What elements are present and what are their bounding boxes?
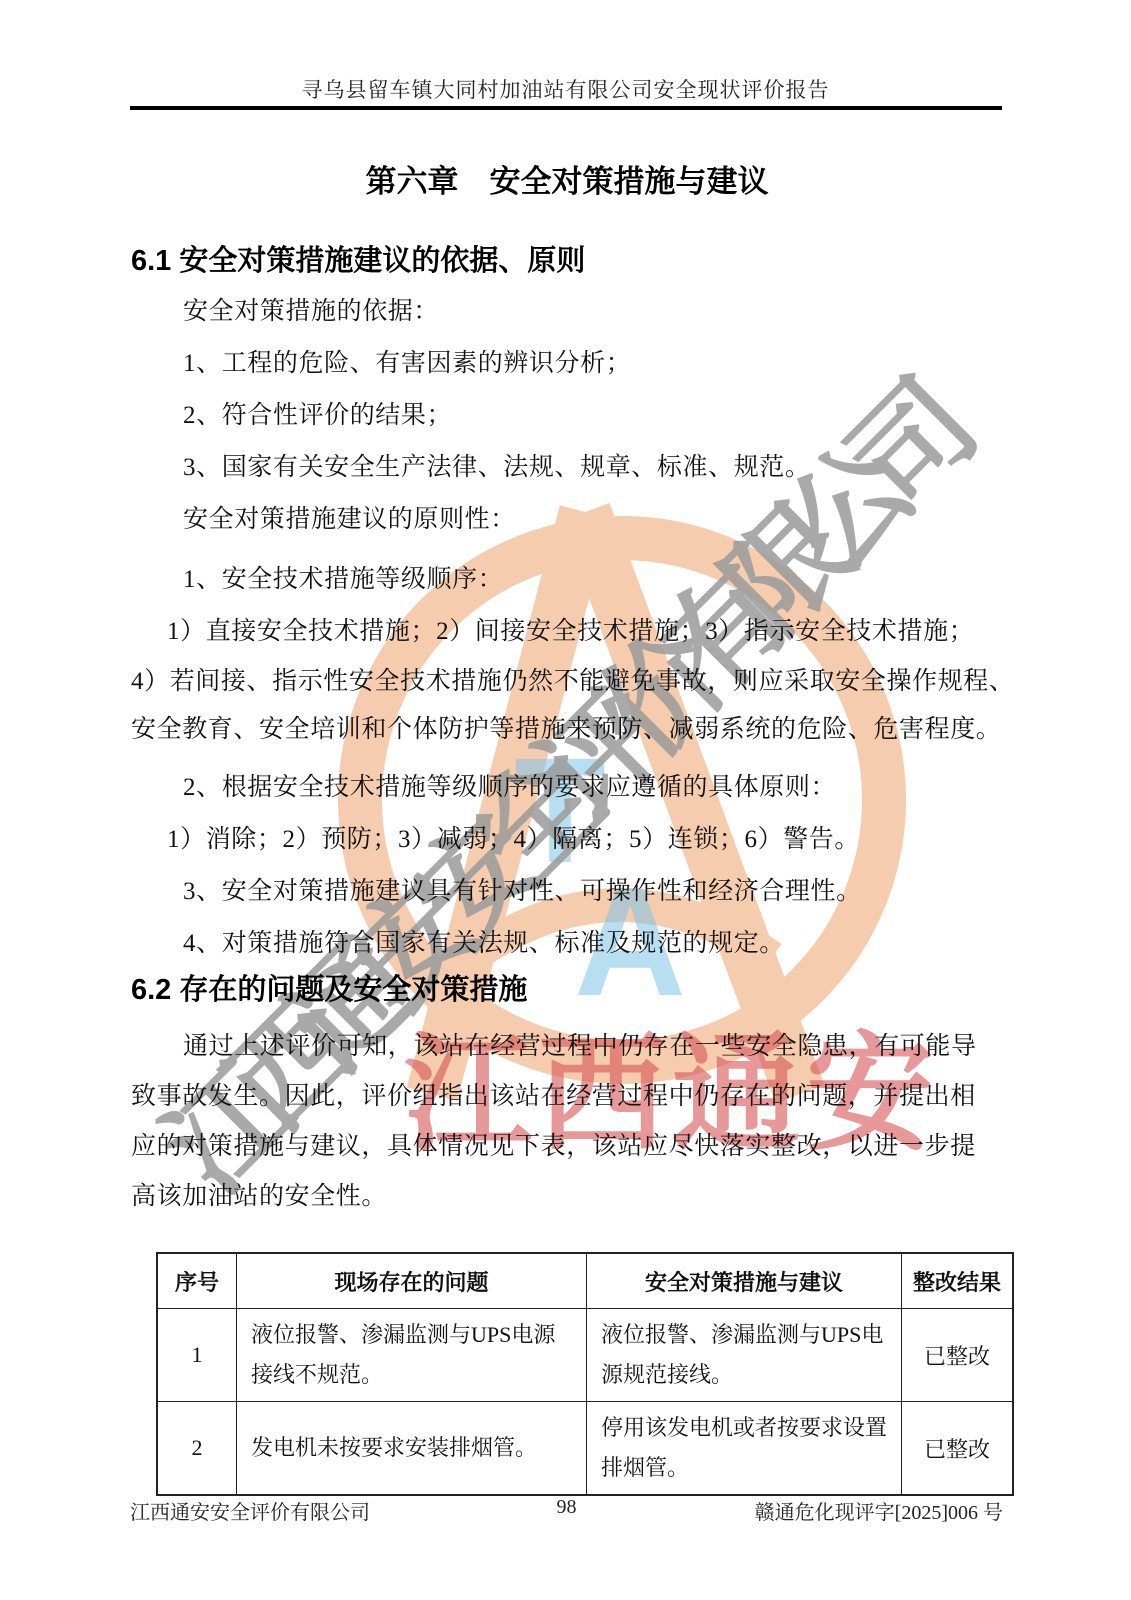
- cell-problem: 液位报警、渗漏监测与UPS电源接线不规范。: [237, 1309, 587, 1402]
- body-line: 3、国家有关安全生产法律、法规、规章、标准、规范。: [131, 442, 1003, 494]
- col-header-result: 整改结果: [902, 1253, 1014, 1309]
- body-line: 安全对策措施建议的原则性：: [131, 494, 1003, 546]
- cell-no: 2: [157, 1402, 237, 1496]
- footer-company: 江西通安安全评价有限公司: [130, 1496, 370, 1525]
- body-line: 2、根据安全技术措施等级顺序的要求应遵循的具体原则：: [131, 762, 1003, 814]
- cell-no: 1: [157, 1309, 237, 1402]
- body-line: 高该加油站的安全性。: [131, 1172, 1003, 1222]
- body-line: 1、安全技术措施等级顺序：: [131, 554, 1003, 606]
- body-line: 安全教育、安全培训和个体防护等措施来预防、减弱系统的危险、危害程度。: [131, 706, 1003, 754]
- col-header-measure: 安全对策措施与建议: [587, 1253, 902, 1309]
- body-line: 4）若间接、指示性安全技术措施仍然不能避免事故，则应采取安全操作规程、: [131, 658, 1003, 706]
- body-line: 通过上述评价可知，该站在经营过程中仍存在一些安全隐患，有可能导: [131, 1022, 1003, 1072]
- footer-doc-number: 赣通危化现评字[2025]006 号: [755, 1496, 1003, 1525]
- page-footer: 98 江西通安安全评价有限公司 赣通危化现评字[2025]006 号: [130, 1496, 1003, 1525]
- body-line: 1）直接安全技术措施；2）间接安全技术措施；3）指示安全技术措施；: [131, 606, 1003, 658]
- table-row: 1 液位报警、渗漏监测与UPS电源接线不规范。 液位报警、渗漏监测与UPS电源规…: [157, 1309, 1013, 1402]
- section-6-2-heading: 6.2 存在的问题及安全对策措施: [131, 970, 1003, 1010]
- col-header-problem: 现场存在的问题: [237, 1253, 587, 1309]
- body-line: 应的对策措施与建议，具体情况见下表，该站应尽快落实整改，以进一步提: [131, 1122, 1003, 1172]
- body-line: 4、对策措施符合国家有关法规、标准及规范的规定。: [131, 918, 1003, 970]
- header-rule: [130, 106, 1002, 110]
- body-line: 1）消除；2）预防；3）减弱；4）隔离；5）连锁；6）警告。: [131, 814, 1003, 866]
- rectification-table: 序号 现场存在的问题 安全对策措施与建议 整改结果 1 液位报警、渗漏监测与UP…: [156, 1252, 1014, 1496]
- cell-result: 已整改: [902, 1402, 1014, 1496]
- cell-problem: 发电机未按要求安装排烟管。: [237, 1402, 587, 1496]
- page-content: 寻乌县留车镇大同村加油站有限公司安全现状评价报告 第六章 安全对策措施与建议 6…: [0, 0, 1131, 1600]
- chapter-title: 第六章 安全对策措施与建议: [131, 160, 1003, 204]
- body-line: 1、工程的危险、有害因素的辨识分析；: [131, 338, 1003, 390]
- document-page: T A 江西通安安全评价有限公司 江西通安 寻乌县留车镇大同村加油站有限公司安全…: [0, 0, 1131, 1600]
- cell-result: 已整改: [902, 1309, 1014, 1402]
- body-line: 3、安全对策措施建议具有针对性、可操作性和经济合理性。: [131, 866, 1003, 918]
- cell-measure: 液位报警、渗漏监测与UPS电源规范接线。: [587, 1309, 902, 1402]
- body-line: 2、符合性评价的结果；: [131, 390, 1003, 442]
- section-6-1-heading: 6.1 安全对策措施建议的依据、原则: [131, 242, 1003, 280]
- col-header-no: 序号: [157, 1253, 237, 1309]
- page-header-title: 寻乌县留车镇大同村加油站有限公司安全现状评价报告: [0, 74, 1131, 104]
- cell-measure: 停用该发电机或者按要求设置排烟管。: [587, 1402, 902, 1496]
- body-line: 安全对策措施的依据：: [131, 286, 1003, 338]
- table-header-row: 序号 现场存在的问题 安全对策措施与建议 整改结果: [157, 1253, 1013, 1309]
- body-line: 致事故发生。因此，评价组指出该站在经营过程中仍存在的问题，并提出相: [131, 1072, 1003, 1122]
- main-body: 第六章 安全对策措施与建议 6.1 安全对策措施建议的依据、原则 安全对策措施的…: [131, 160, 1003, 1496]
- table-row: 2 发电机未按要求安装排烟管。 停用该发电机或者按要求设置排烟管。 已整改: [157, 1402, 1013, 1496]
